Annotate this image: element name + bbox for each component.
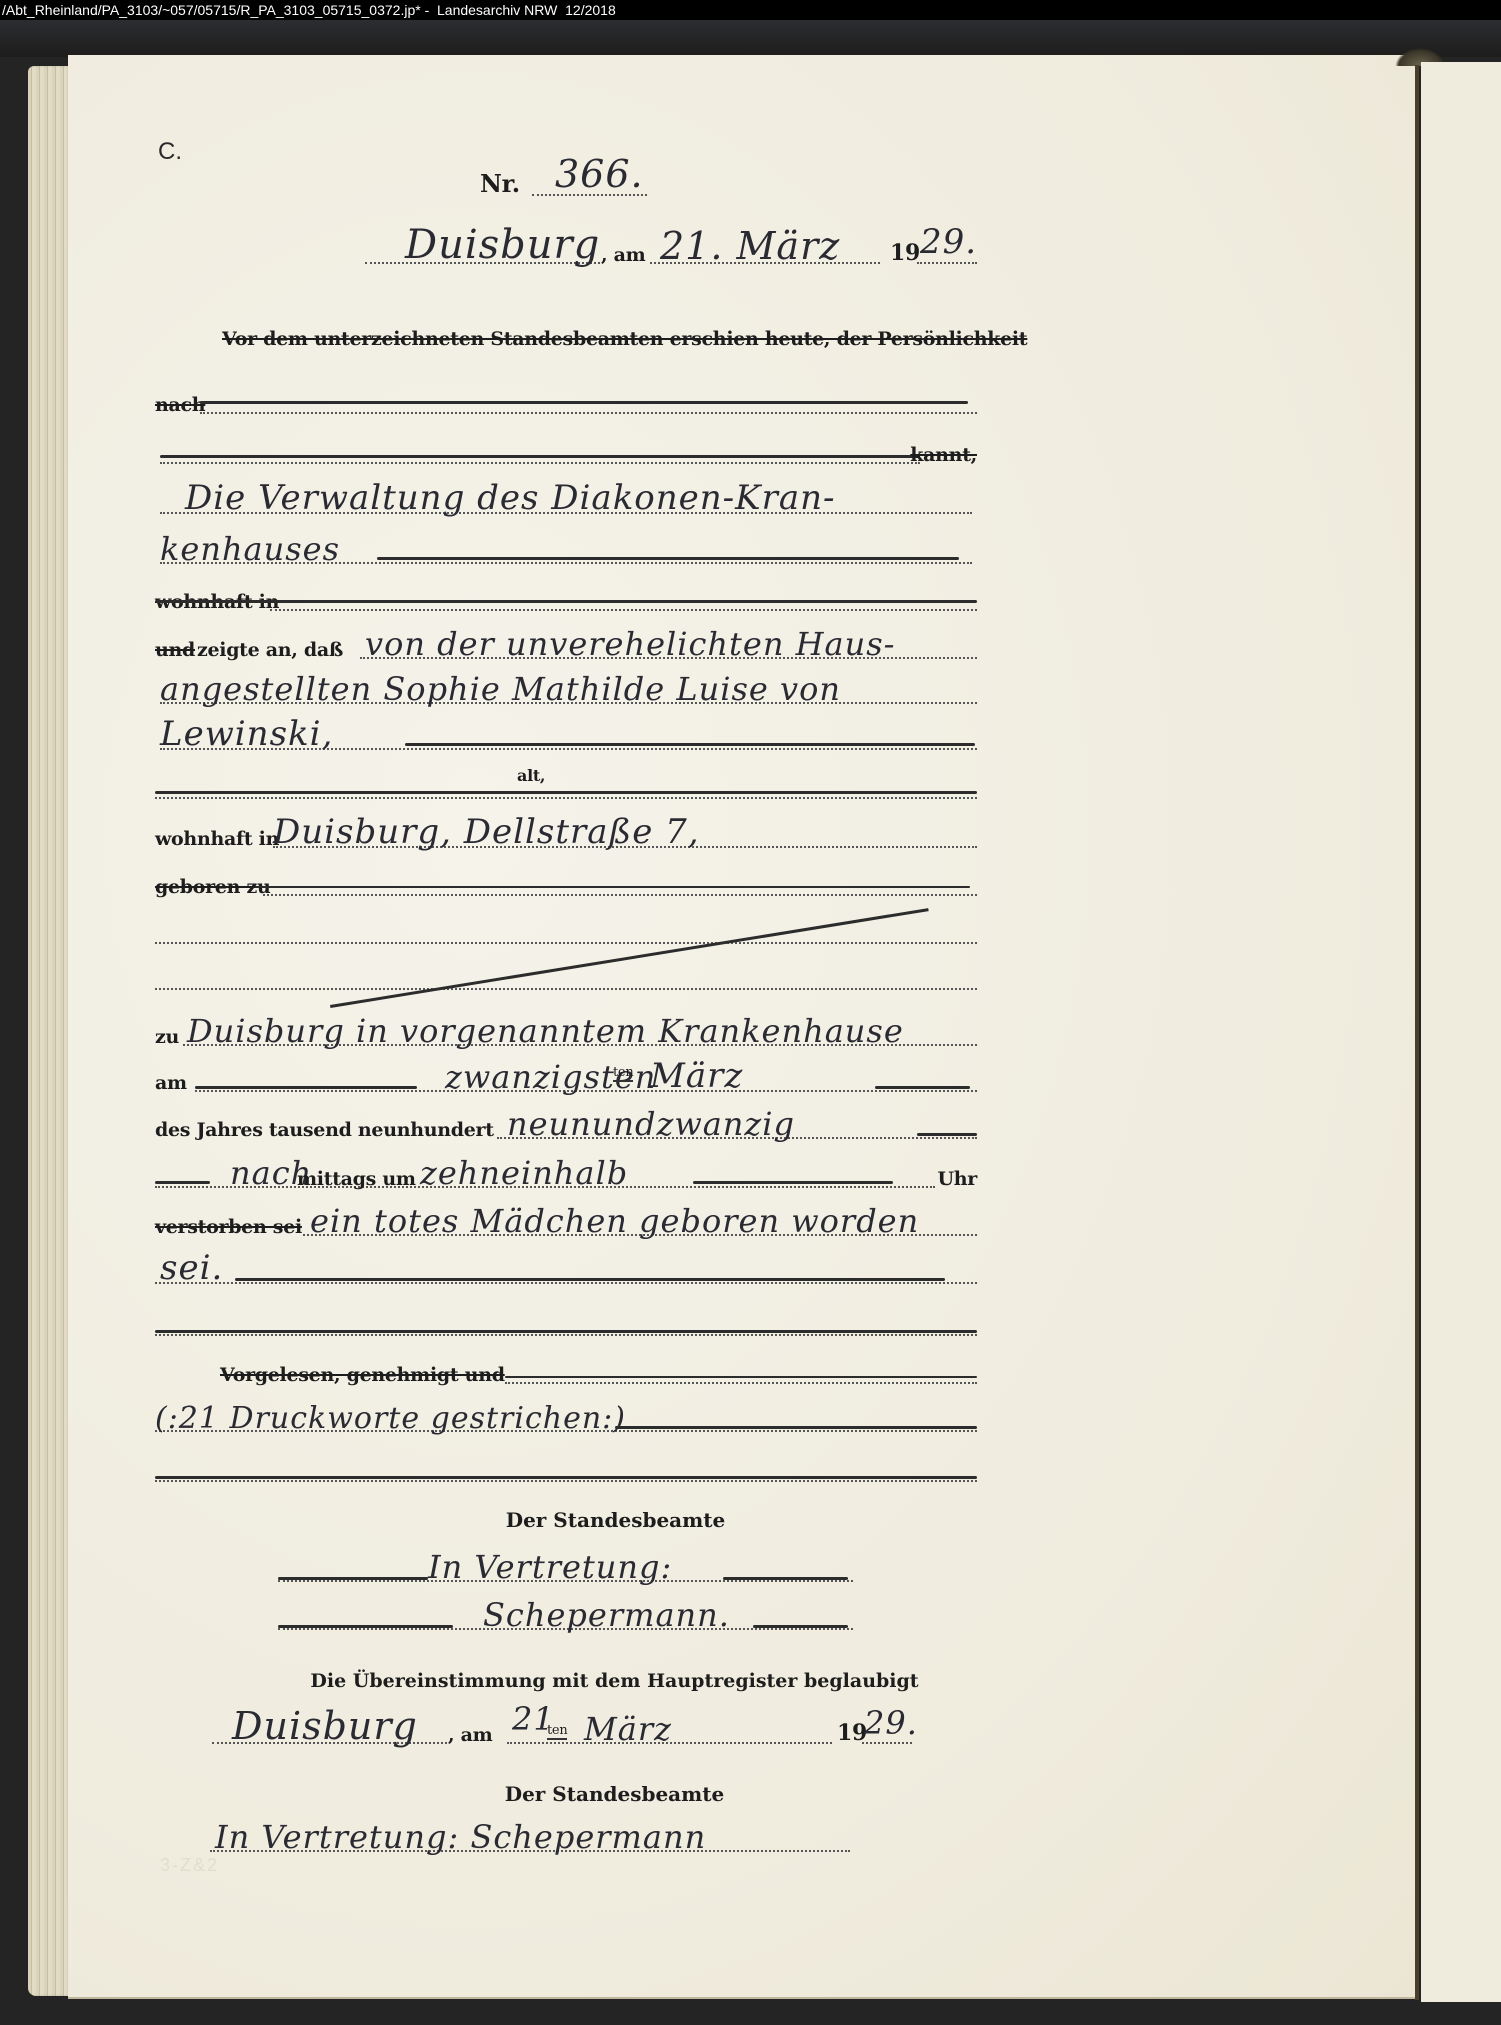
row-blank-3 (155, 1300, 977, 1340)
row-blank-4 (155, 1446, 977, 1486)
year-prefix: 19 (890, 240, 920, 266)
cancel-line (195, 1086, 417, 1089)
blank-line-1 (155, 942, 977, 944)
residence-value: Duisburg, Dellstraße 7, (273, 812, 700, 852)
struck-kannt: kannt, (910, 444, 977, 466)
row-blank-2 (155, 954, 977, 994)
date-value: 21. März (660, 224, 840, 268)
row-certification-date: Duisburg , am 21 ten März 19 29. (212, 1708, 912, 1748)
row-zeigte-an: und zeigte an, daß von der unverehelicht… (155, 623, 977, 663)
cert-year-line (862, 1742, 912, 1744)
cert-day-suffix: ten (547, 1723, 567, 1740)
statement-text-2: angestellten Sophie Mathilde Luise von (160, 670, 841, 708)
cancel-line (160, 455, 920, 458)
row-registrar-2: Schepermann. (278, 1594, 853, 1634)
cancel-line (155, 1181, 210, 1184)
kannt-line (160, 462, 920, 464)
cancel-line (255, 886, 970, 888)
cancel-line (917, 1133, 977, 1136)
row-vor-dem: Vor dem unterzeichneten Standesbeamten e… (222, 312, 977, 352)
cancel-line (278, 1577, 428, 1580)
row-alt: alt, (155, 763, 977, 803)
zeigte-an-label: zeigte an, daß (197, 639, 343, 661)
cancel-line (875, 1086, 970, 1089)
nach-line (200, 412, 977, 414)
row-statement-3: Lewinski, (155, 714, 977, 754)
statement-text-3: Lewinski, (160, 714, 333, 754)
place-value: Duisburg (405, 222, 600, 268)
time-value: zehneinhalb (420, 1154, 628, 1192)
row-event-2: sei. (155, 1248, 977, 1288)
day-suffix: ten (613, 1065, 633, 1082)
cancel-line (155, 1476, 977, 1479)
number-label: Nr. (480, 169, 520, 198)
registrar-text-1: In Vertretung: (428, 1548, 672, 1586)
row-correction-note: (:21 Druckworte gestrichen:) (155, 1396, 977, 1436)
geboren-line (263, 894, 977, 896)
cancel-line (155, 791, 977, 794)
cancel-line (405, 743, 975, 746)
struck-verstorben-sei: verstorben sei (155, 1216, 302, 1238)
row-place-of-event: zu Duisburg in vorgenanntem Krankenhause (155, 1010, 977, 1050)
cancel-line (155, 600, 977, 603)
row-residence: wohnhaft in Duisburg, Dellstraße 7, (155, 812, 977, 852)
struck-geboren-zu: geboren zu (155, 876, 270, 898)
vorgelesen-line (505, 1382, 977, 1384)
event-line-2 (155, 1282, 977, 1284)
cancel-line (377, 557, 959, 560)
blank-line-4 (155, 1480, 977, 1482)
cancel-line (753, 1625, 848, 1628)
row-registrar-1: In Vertretung: (278, 1546, 853, 1586)
cancel-line (505, 1376, 977, 1378)
alt-line (155, 797, 977, 799)
row-date-of-event: am zwanzigsten ten März (155, 1056, 977, 1096)
blank-line-2 (155, 988, 977, 990)
struck-und: und (155, 639, 195, 661)
year-line (917, 262, 977, 264)
registrar-text-2: Schepermann. (483, 1596, 730, 1634)
row-blank-1 (155, 908, 977, 948)
cancel-line (693, 1181, 893, 1184)
cert-registrar-heading: Der Standesbeamte (0, 1782, 1365, 1806)
am-label: am (155, 1072, 187, 1094)
alt-label: alt, (517, 766, 545, 785)
statement-text-1: von der unverehelichten Haus- (365, 625, 895, 663)
row-year-of-event: des Jahres tausend neunhundert neunundzw… (155, 1103, 977, 1143)
year-words-value: neunundzwanzig (507, 1105, 795, 1143)
number-value: 366. (555, 152, 644, 196)
wohnhaft-label: wohnhaft in (155, 828, 279, 850)
cancel-line (615, 1426, 977, 1429)
row-time-of-event: nach mittags um zehneinhalb Uhr (155, 1152, 977, 1192)
wohnhaft-line (270, 609, 977, 611)
event-text-2: sei. (160, 1248, 223, 1288)
event-text-1: ein totes Mädchen geboren worden (310, 1202, 919, 1240)
row-informant-2: kenhauses (155, 528, 977, 568)
row-event: verstorben sei ein totes Mädchen geboren… (155, 1200, 977, 1240)
row-wohnhaft-struck: wohnhaft in (155, 575, 977, 615)
cert-signature: In Vertretung: Schepermann (215, 1818, 706, 1856)
zu-label: zu (155, 1026, 179, 1048)
uhr-label: Uhr (938, 1168, 978, 1190)
registrar-heading: Der Standesbeamte (0, 1508, 1366, 1532)
cancel-line (235, 1278, 945, 1281)
row-geboren-zu: geboren zu (155, 860, 977, 900)
row-cert-signature: In Vertretung: Schepermann (210, 1816, 850, 1856)
cert-place: Duisburg (232, 1704, 418, 1748)
row-nach: nach (155, 378, 977, 418)
entry-number-row: Nr. 366. (480, 160, 650, 200)
date-am-label: , am (601, 244, 645, 266)
row-informant-1: Die Verwaltung des Diakonen-Kran- (155, 478, 977, 518)
des-jahres-label: des Jahres tausend neunhundert (155, 1119, 494, 1141)
place-date-row: Duisburg , am 21. März 19 29. (365, 228, 977, 268)
cancel-line (723, 1577, 848, 1580)
row-statement-2: angestellten Sophie Mathilde Luise von (155, 668, 977, 708)
row-kannt: kannt, (155, 428, 977, 468)
struck-vorgelesen: Vorgelesen, genehmigt und (220, 1364, 505, 1386)
cancel-line (200, 401, 968, 404)
cert-month: März (584, 1710, 672, 1748)
mittags-um-label: mittags um (297, 1168, 416, 1190)
place-of-event-value: Duisburg in vorgenanntem Krankenhause (187, 1012, 904, 1050)
informant-text-2: kenhauses (160, 530, 340, 568)
struck-nach: nach (155, 394, 205, 416)
birth-register-form: C. Nr. 366. Duisburg , am 21. März 19 29… (0, 0, 1501, 2025)
certification-text: Die Übereinstimmung mit dem Hauptregiste… (0, 1670, 1365, 1692)
row-vorgelesen: Vorgelesen, genehmigt und (155, 1348, 977, 1388)
year-value: 29. (920, 222, 977, 262)
cancel-line (155, 1330, 977, 1333)
struck-vor-dem: Vor dem unterzeichneten Standesbeamten e… (222, 328, 1027, 350)
cancel-line (278, 1625, 453, 1628)
informant-text-1: Die Verwaltung des Diakonen-Kran- (185, 478, 835, 518)
form-letter: C. (158, 138, 182, 166)
cert-am-label: , am (448, 1724, 492, 1746)
correction-note: (:21 Druckworte gestrichen:) (155, 1401, 626, 1436)
blank-line-3 (155, 1334, 977, 1336)
cert-year-value: 29. (864, 1704, 918, 1742)
month-value: März (650, 1056, 743, 1096)
